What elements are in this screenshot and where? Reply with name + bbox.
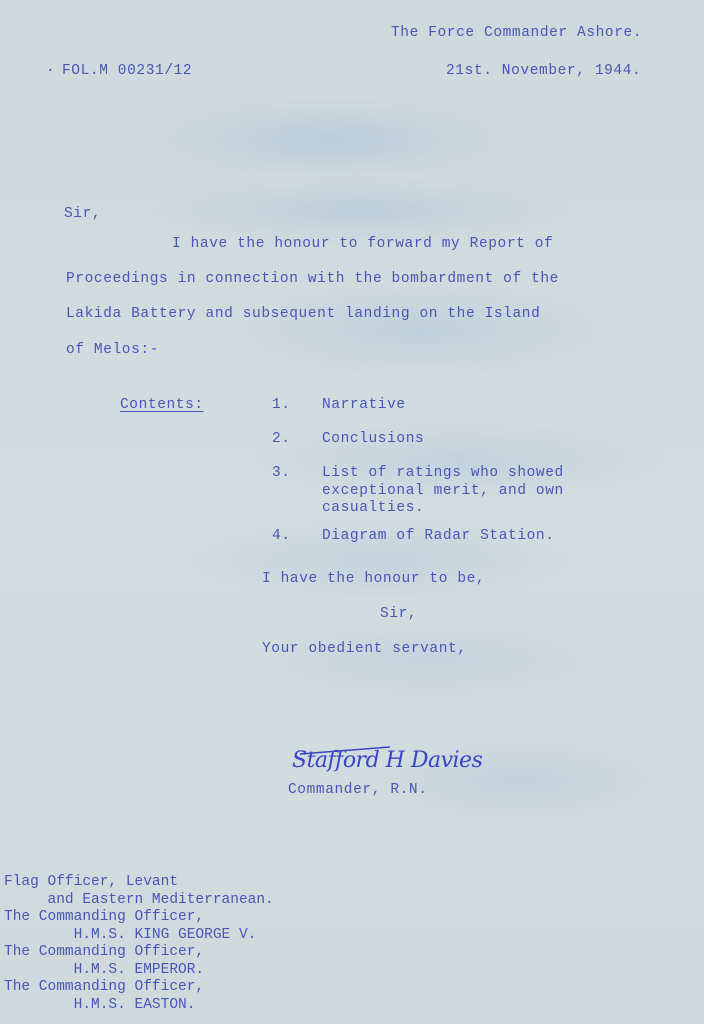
contents-item-3-number: 3. [272, 466, 291, 481]
contents-item-1-number: 1. [272, 398, 291, 413]
sender-line: The Force Commander Ashore. [391, 26, 642, 41]
contents-item-2-number: 2. [272, 432, 291, 447]
distribution-line: The Commanding Officer, [4, 909, 274, 927]
contents-item-3-text-line-2: exceptional merit, and own [322, 484, 564, 499]
handwritten-signature: Stafford H Davies [292, 748, 482, 773]
reference-number: FOL.M 00231/12 [62, 64, 192, 79]
salutation: Sir, [64, 207, 101, 222]
contents-label: Contents: [120, 398, 204, 413]
reference-bullet: · [46, 64, 55, 79]
contents-item-3-text-line-3: casualties. [322, 501, 424, 516]
contents-item-4-number: 4. [272, 529, 291, 544]
letter-date: 21st. November, 1944. [446, 64, 641, 79]
signatory-title: Commander, R.N. [288, 783, 428, 798]
closing-line-2: Sir, [380, 607, 417, 622]
contents-item-1-text: Narrative [322, 398, 406, 413]
distribution-line: Flag Officer, Levant [4, 874, 274, 892]
distribution-line: H.M.S. KING GEORGE V. [4, 927, 274, 945]
closing-line-3: Your obedient servant, [262, 642, 467, 657]
distribution-list: Flag Officer, Levant and Eastern Mediter… [4, 874, 274, 1014]
body-line-3: Lakida Battery and subsequent landing on… [66, 307, 540, 322]
distribution-line: H.M.S. EMPEROR. [4, 962, 274, 980]
distribution-line: and Eastern Mediterranean. [4, 892, 274, 910]
body-line-4: of Melos:- [66, 343, 159, 358]
body-line-2: Proceedings in connection with the bomba… [66, 272, 559, 287]
distribution-line: The Commanding Officer, [4, 979, 274, 997]
body-line-1: I have the honour to forward my Report o… [172, 237, 553, 252]
distribution-line: The Commanding Officer, [4, 944, 274, 962]
closing-line-1: I have the honour to be, [262, 572, 485, 587]
contents-item-3-text-line-1: List of ratings who showed [322, 466, 564, 481]
contents-item-4-text: Diagram of Radar Station. [322, 529, 555, 544]
distribution-line: H.M.S. EASTON. [4, 997, 274, 1015]
contents-item-2-text: Conclusions [322, 432, 424, 447]
